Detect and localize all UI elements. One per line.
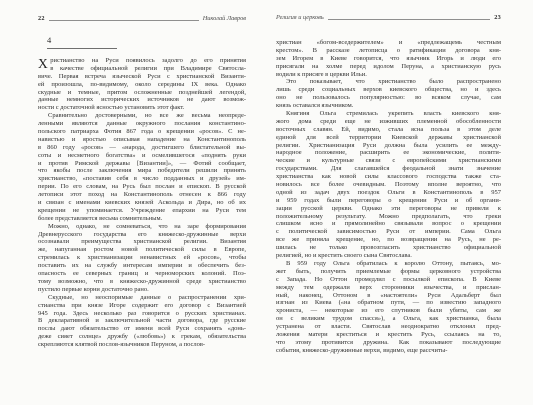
text-line: христиан «богом-вседержителем» и «предле… (276, 39, 501, 47)
text-line: с политической зависимостью Руси от импе… (276, 228, 501, 236)
text-line: крещении не упоминается. Учреждение епар… (38, 207, 246, 215)
text-line: лишь среди социальных верхов киевского о… (276, 86, 501, 94)
text-line: события, княжеско-дружинные верхи, видим… (276, 347, 501, 355)
text-line: христианства как новой силы классового г… (276, 173, 501, 181)
text-line: скрепляются клятвой послов-язычников Пер… (38, 341, 246, 349)
text-line: религии. Христианизация Руси должна была… (276, 142, 501, 150)
text-line: и 959 годах были переговоры о крещении Р… (276, 197, 501, 205)
text-line: между тем одержали верх сторонники языче… (276, 284, 501, 292)
text-line: виче. Первая встреча языческой Руси с хр… (38, 73, 246, 81)
book-spread: 22 Николай Лавров 4 Христианство на Руси… (0, 0, 533, 405)
text-line: жет быть, получить приемлемые формы церк… (276, 268, 501, 276)
text-line: он с великим трудом спасся»), а Ольга, к… (276, 315, 501, 323)
text-line: изгнан из Киева («на обратном пути, — по… (276, 299, 501, 307)
text-line: тому возможно, что в княжеско-дружинной … (38, 278, 246, 286)
text-line: соты и несметного богатства» и осмеливше… (38, 152, 246, 160)
text-line: Княгиня Ольга стремилась укрепить власть… (276, 110, 501, 118)
text-line: ей произошла, по-видимому, около середин… (38, 81, 246, 89)
text-line: положительному результату. Можно предпол… (276, 213, 501, 221)
text-line: в качестве официальной религии при Влади… (38, 65, 246, 73)
text-line: государствами. Для слагавшейся феодально… (276, 165, 501, 173)
right-page-number: 23 (494, 13, 501, 22)
left-running-head-title: Николай Лавров (203, 14, 246, 23)
left-page-body: Христианство на Руси появилось задолго д… (38, 57, 246, 349)
text-line: навистью и яростью описывая нападение на… (38, 136, 246, 144)
text-line: присягали на холме перед идолом Перуна, … (276, 63, 501, 71)
paragraph: В 959 году Ольга обратилась к королю Отт… (276, 260, 501, 355)
right-running-head-title: Религия и церковь (276, 13, 324, 22)
text-line: крестом». В рассказе летописца о ратифик… (276, 47, 501, 55)
text-line: водили к присяге в церкви Ильи. (276, 71, 501, 79)
text-line: с Запада. Но Оттон промедлил с посылкой … (276, 276, 501, 284)
paragraph: Можно, однако, не сомневаться, что на за… (38, 223, 246, 294)
left-header-rule (49, 20, 199, 21)
text-line: Сравнительно достоверными, но все же вес… (38, 112, 246, 120)
text-line: религией, но и крестить своего сына Свят… (276, 252, 501, 260)
text-line: зации русской церкви. Однако эти перегов… (276, 205, 501, 213)
text-line: данные немногих исторических источников … (38, 96, 246, 104)
text-line: ный, наконец, Оттоном в «настоятели» Рус… (276, 292, 501, 300)
section-rule (47, 48, 117, 49)
right-header-rule (328, 19, 491, 20)
text-line: народное положение, расширить ее экономи… (276, 149, 501, 157)
right-page-body: христиан «богом-вседержителем» и «предле… (276, 39, 501, 355)
right-running-head: Религия и церковь 23 (276, 13, 501, 22)
text-line: ристианство на Руси появилось задолго до… (38, 57, 246, 65)
text-line: новилось все более очевидным. Поэтому вп… (276, 181, 501, 189)
text-line: ленными являются данные окружного послан… (38, 120, 246, 128)
text-line: оно не пользовалось популярностью: во вс… (276, 94, 501, 102)
text-line: деже сияет солнце» дружбу («любовь») к г… (38, 333, 246, 341)
text-line: слишком ясно и прямолинейно связывали во… (276, 220, 501, 228)
text-line: скудные и темные, притом осложненные поз… (38, 89, 246, 97)
text-line: и связан с именами киевских князей Аскол… (38, 199, 246, 207)
text-line: устранена от власти. Святослав неоднокра… (276, 323, 501, 331)
text-line: опасность ее северных границ и черноморс… (38, 270, 246, 278)
text-line: пустило первые корни достаточно рано. (38, 286, 246, 294)
text-line: одной из задач двух поездок Ольги в Конс… (276, 189, 501, 197)
text-line: стианства при князе Игоре содержит его д… (38, 302, 246, 310)
text-line: перии. По его словам, на Русь был послан… (38, 183, 246, 191)
text-line: христианство, «поставив себя в число под… (38, 175, 246, 183)
paragraph: Княгиня Ольга стремилась укрепить власть… (276, 110, 501, 260)
text-line: стремилась к христианизации ненавистных … (38, 254, 246, 262)
paragraph: Это показывает, что христианство было ра… (276, 78, 501, 110)
text-line: восточных славян. Ей, видимо, стала ясна… (276, 126, 501, 134)
text-line: Древнерусского государства его княжеско-… (38, 231, 246, 239)
text-line: более представляется весьма сомнительным… (38, 215, 246, 223)
text-line: послы дают обязательство от имени всей Р… (38, 325, 246, 333)
text-line: Скудные, но неоспоримые данные о распрос… (38, 294, 246, 302)
paragraph: христиан «богом-вседержителем» и «предле… (276, 39, 501, 78)
text-line: Это показывает, что христианство было ра… (276, 78, 501, 86)
paragraph: Сравнительно достоверными, но все же вес… (38, 112, 246, 222)
text-line: 945 года. Здесь несколько раз говорится … (38, 310, 246, 318)
text-line: осознавали преимущества христианской рел… (38, 238, 246, 246)
right-page: Религия и церковь 23 христиан «богом-все… (266, 0, 533, 405)
text-line: жого дома среди еще не изживших племенно… (276, 118, 501, 126)
text-line: ческие и культурные связи с европейскими… (276, 157, 501, 165)
text-line: Можно, однако, не сомневаться, что на за… (38, 223, 246, 231)
text-line: и против Римской державы [Византии]», — … (38, 160, 246, 168)
paragraph: Христианство на Руси появилось задолго д… (38, 57, 246, 112)
left-page-number: 22 (38, 14, 45, 23)
left-page: 22 Николай Лавров 4 Христианство на Руси… (0, 0, 266, 405)
text-line: В декларативной и заключительной части д… (38, 317, 246, 325)
text-line: польского патриарха Фотия 867 года о кре… (38, 128, 246, 136)
text-line: хрониста, — некоторые из его спутников б… (276, 307, 501, 315)
section-heading: 4 (47, 36, 246, 49)
text-line: все же приняла крещение, но, по возвраще… (276, 236, 501, 244)
text-line: ложения матери креститься и крестить Рус… (276, 331, 501, 339)
text-line: В 959 году Ольга обратилась к королю Отт… (276, 260, 501, 268)
text-line: шилась не только провозгласить христианс… (276, 244, 501, 252)
text-line: единой для всей территории Киевской держ… (276, 134, 501, 142)
text-line: поставить их на службу интересам империи… (38, 262, 246, 270)
text-line: летописи этот поход на Константинополь о… (38, 191, 246, 199)
text-line: же, напуганная ростом новой политической… (38, 246, 246, 254)
paragraph: Скудные, но неоспоримые данные о распрос… (38, 294, 246, 349)
text-line: князь оставался язычником. (276, 102, 501, 110)
left-running-head: 22 Николай Лавров (38, 14, 246, 23)
text-line: что этому противится дружина. Как показы… (276, 339, 501, 347)
drop-cap: Х (38, 57, 50, 72)
text-line: ности с достаточной ясностью установить … (38, 104, 246, 112)
text-line: что якобы после заключения мира победите… (38, 167, 246, 175)
text-line: в 860 году «росов» — «народа, достигшего… (38, 144, 246, 152)
section-number: 4 (47, 36, 246, 45)
text-line: зем Игорем в Киеве говорится, что язычни… (276, 55, 501, 63)
